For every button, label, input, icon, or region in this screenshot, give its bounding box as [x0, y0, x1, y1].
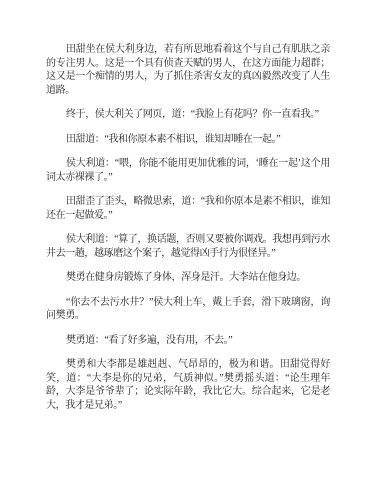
paragraph: 樊勇道：“看了好多遍，没有用，不去。” [46, 334, 330, 348]
paragraph: 田甜坐在侯大利身边，若有所思地看着这个与自己有肌肤之亲的专注男人。这是一个具有侦… [46, 43, 330, 97]
paragraph: 樊勇和大李都是雄赳赳、气昂昂的，极为和谐。田甜觉得好笑，道：“大李是你的兄弟，气… [46, 358, 330, 412]
paragraph: 樊勇在健身房锻炼了身体，浑身是汗。大李站在他身边。 [46, 271, 330, 285]
paragraph: “你去不去污水井？”侯大利上车，戴上手套，滑下玻璃窗，询问樊勇。 [46, 296, 330, 323]
reader-page: 田甜坐在侯大利身边，若有所思地看着这个与自己有肌肤之亲的专注男人。这是一个具有侦… [0, 0, 370, 480]
novel-text-block: 田甜坐在侯大利身边，若有所思地看着这个与自己有肌肤之亲的专注男人。这是一个具有侦… [46, 43, 330, 412]
paragraph: 侯大利道：“喂，你能不能用更加优雅的词，‘睡在一起’这个用词太赤裸裸了。” [46, 157, 330, 184]
paragraph: 侯大利道：“算了，换话题，否则又要被你调戏。我想再到污水井去一趟，越琢磨这个案子… [46, 233, 330, 260]
paragraph: 田甜歪了歪头，略微思索，道：“我和你原本是素不相识，谁知还在一起做爱。” [46, 195, 330, 222]
paragraph: 终于，侯大利关了网页，道：“我脸上有花吗？你一直看我。” [46, 108, 330, 122]
paragraph: 田甜道：“我和你原本素不相识，谁知却睡在一起。” [46, 133, 330, 147]
